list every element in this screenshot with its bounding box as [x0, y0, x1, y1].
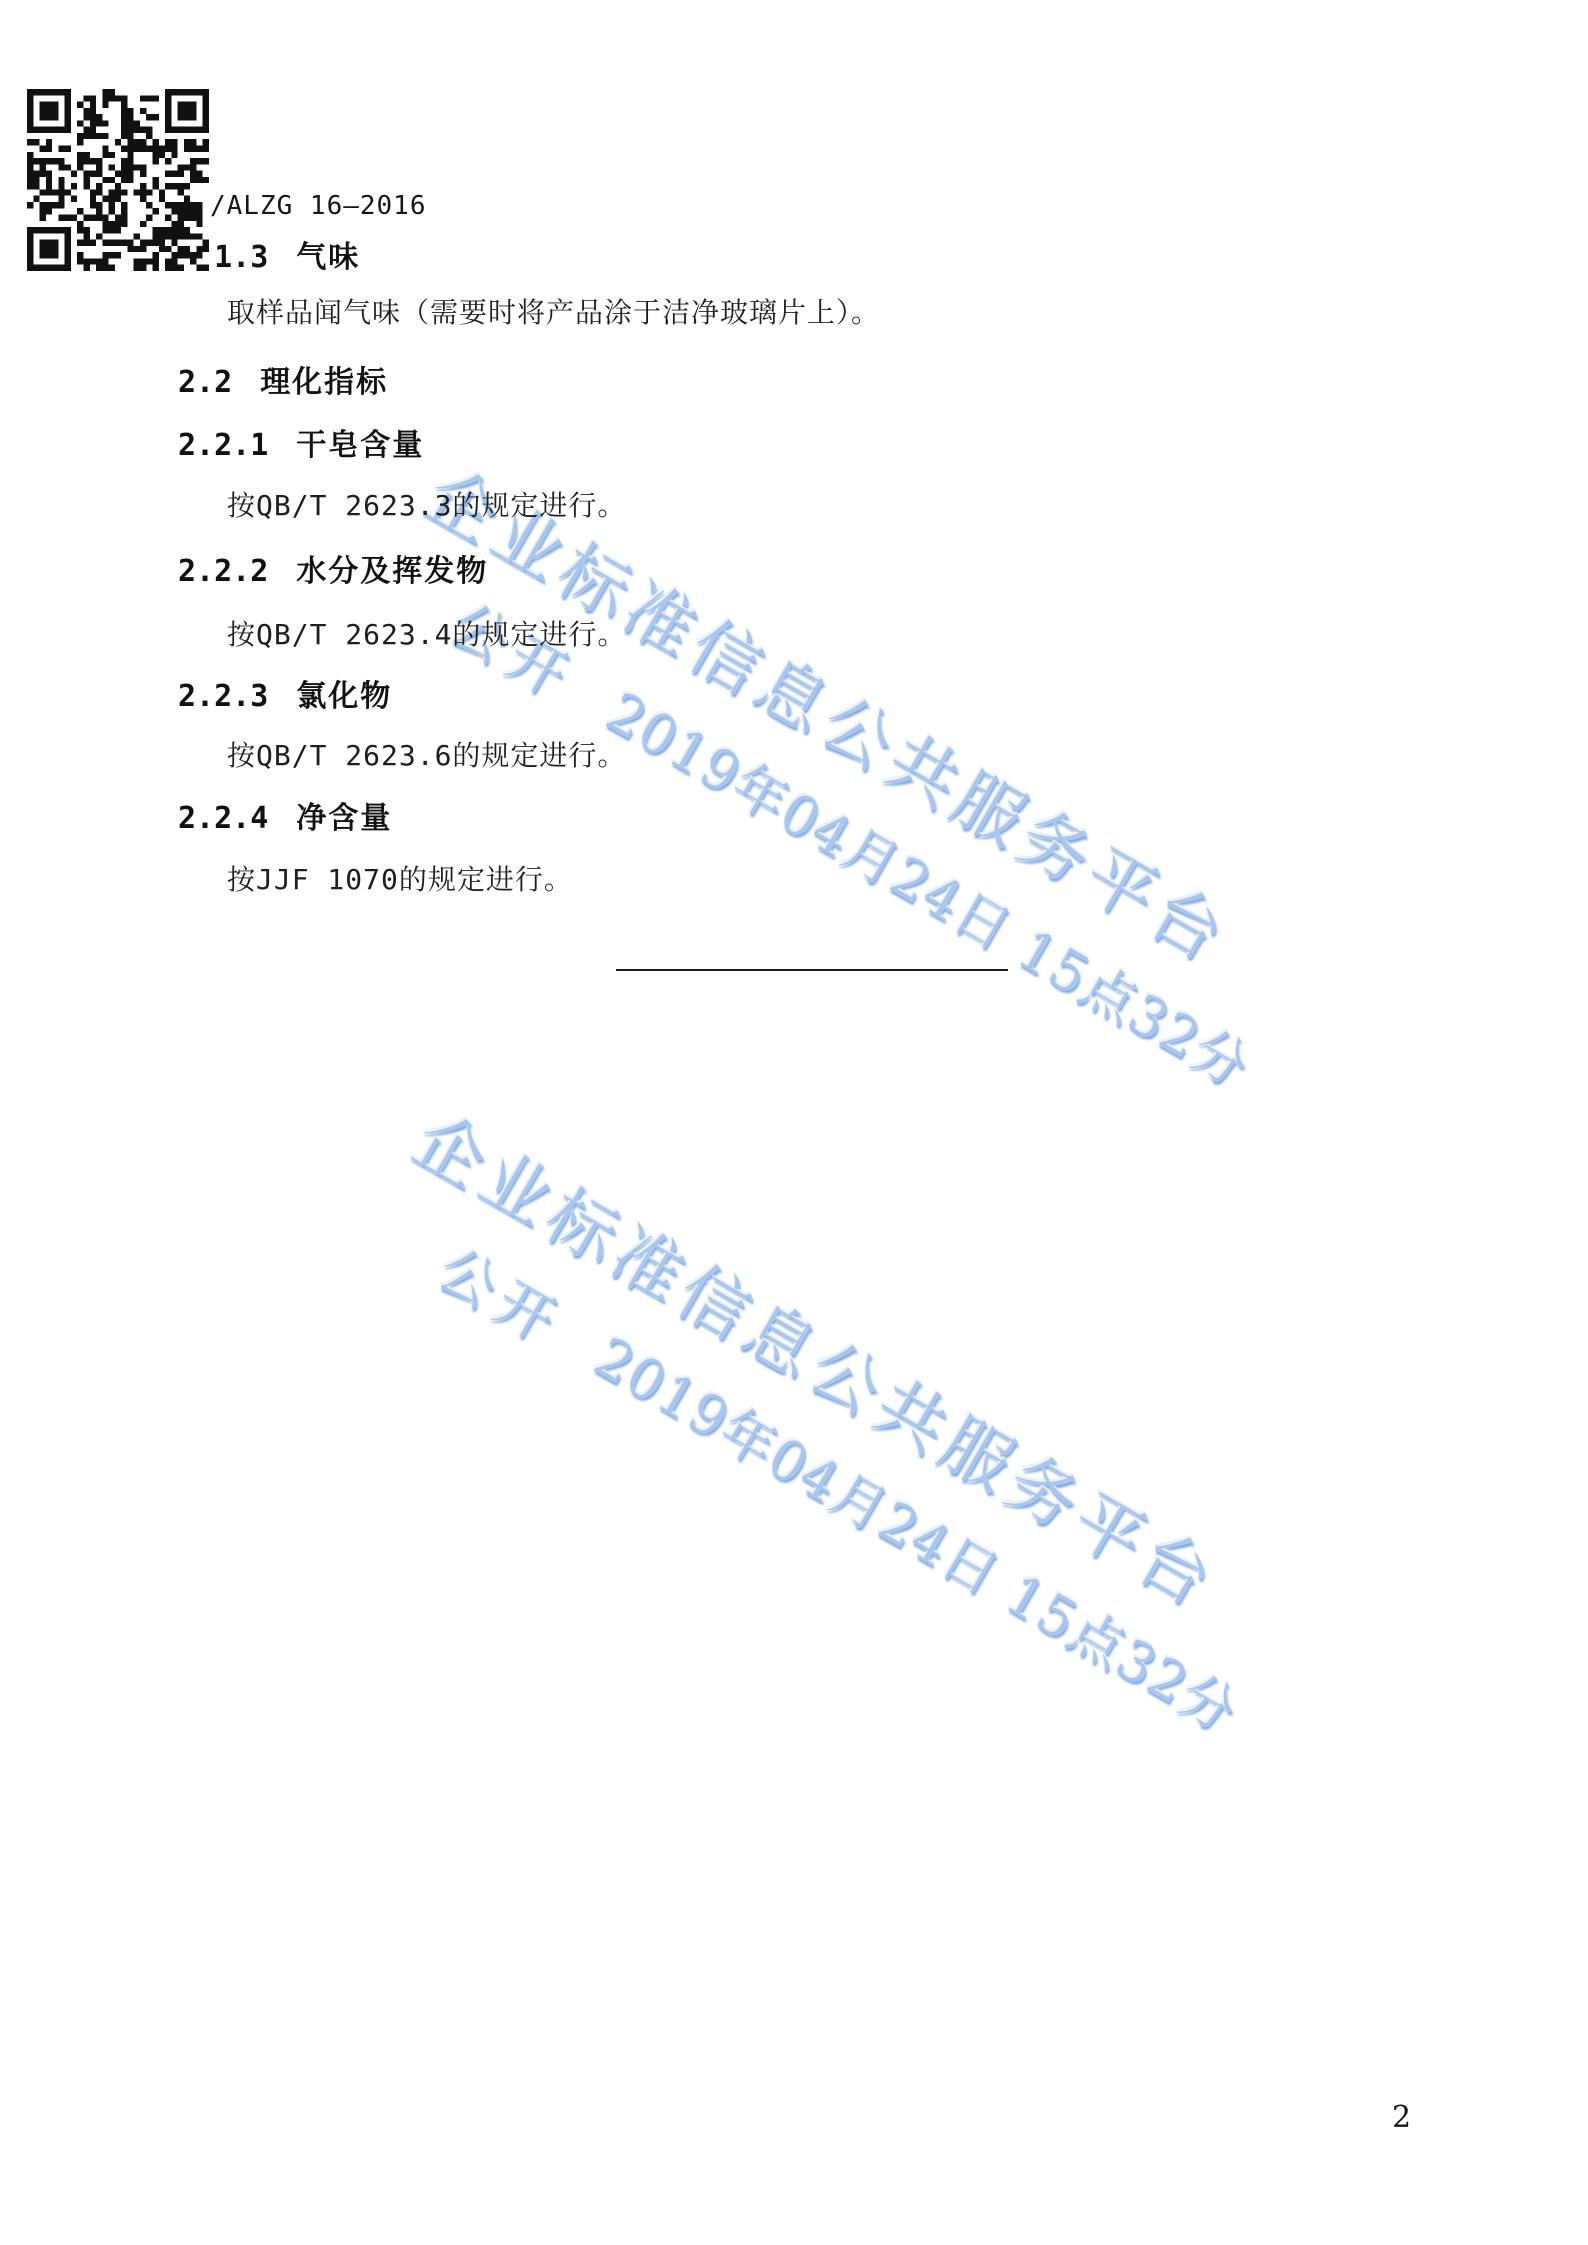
heading-number: 2.2 [178, 365, 232, 400]
section-body-moisture: 按QB/T 2623.4的规定进行。 [227, 618, 626, 652]
section-body-chloride: 按QB/T 2623.6的规定进行。 [227, 739, 626, 773]
watermark-upper: 企业标准信息公共服务平台 公开 2019年04月24日 15点32分 [367, 458, 1312, 1099]
section-body-net-content: 按JJF 1070的规定进行。 [227, 863, 573, 897]
section-heading-2-2-1: 2.2.1干皂含量 [178, 430, 424, 461]
watermark-platform-text: 企业标准信息公共服务平台 [403, 1103, 1300, 1661]
section-heading-2-2-2: 2.2.2水分及挥发物 [178, 556, 488, 587]
qr-code-icon [13, 75, 211, 272]
section-heading-2-2-3: 2.2.3氯化物 [178, 681, 392, 712]
heading-title: 净含量 [296, 801, 392, 836]
section-body-odor: 取样品闻气味（需要时将产品涂于洁净玻璃片上）。 [227, 296, 880, 330]
heading-title: 干皂含量 [296, 428, 424, 463]
heading-number: 2.2.3 [178, 679, 268, 714]
watermark-lower: 企业标准信息公共服务平台 公开 2019年04月24日 15点32分 [355, 1103, 1300, 1744]
watermark-publicity-text: 公开 [441, 594, 584, 710]
standard-number: /ALZG 16—2016 [210, 191, 427, 221]
heading-title: 气味 [296, 240, 360, 275]
heading-number: 2.2.2 [178, 554, 268, 589]
watermark-platform-text: 企业标准信息公共服务平台 [415, 458, 1312, 1016]
heading-title: 理化指标 [260, 365, 388, 400]
watermark-datetime-text: 2019年04月24日 15点32分 [597, 684, 1259, 1099]
heading-title: 水分及挥发物 [296, 554, 488, 589]
watermark-datetime-text: 2019年04月24日 15点32分 [585, 1329, 1247, 1744]
watermark-publicity-text: 公开 [429, 1239, 572, 1355]
section-heading-2-2: 2.2理化指标 [178, 367, 388, 398]
heading-number: 2.2.4 [178, 801, 268, 836]
section-heading-2-2-4: 2.2.4净含量 [178, 803, 392, 834]
section-body-dry-soap: 按QB/T 2623.3的规定进行。 [227, 489, 626, 523]
heading-title: 氯化物 [296, 679, 392, 714]
page-number: 2 [1392, 2100, 1411, 2135]
heading-number: 2.2.1 [178, 428, 268, 463]
document-end-divider [616, 969, 1008, 971]
document-page: 企业标准信息公共服务平台 公开 2019年04月24日 15点32分 企业标准信… [0, 0, 1588, 2245]
